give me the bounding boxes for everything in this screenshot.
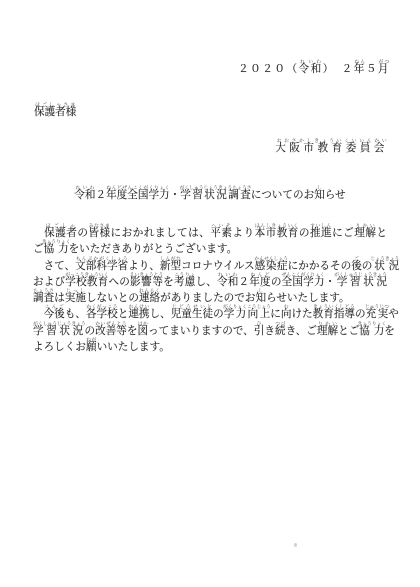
scanned-letter-page: ２０２０（令和れいわ） ２年ねん５月がつ 保護者様ほごしゃさま 大阪市教育委員会…	[0, 0, 420, 587]
addressee: 保護者様ほごしゃさま	[34, 103, 76, 121]
letter-body: 保護者ほごしゃの皆様みなさまにおかれましては、平素へいそより本市教育ほんしきょう…	[33, 224, 387, 354]
sender-name: 大阪市教育委員会おおさかしきょういくいいんかい	[275, 139, 388, 157]
date-line: ２０２０（令和れいわ） ２年ねん５月がつ	[238, 60, 390, 78]
body-line: 今後こんごも、各学校かくがっこうと連携れんけいし、児童生徒じどうせいとの学力向上…	[33, 305, 387, 321]
body-line: および学校教育がっこうきょういくへの影響等えいきょうとうを考慮こうりょし、令和れ…	[33, 273, 387, 289]
body-line: さて、文部科学省もんぶかがくしょうより、新型しんがたコロナウイルス感染症かんせん…	[33, 257, 387, 273]
scan-speck	[74, 192, 76, 194]
body-line: ご協力きょうりょくをいただきありがとうございます。	[33, 240, 387, 256]
body-line: よろしくお願ねがいいたします。	[33, 338, 387, 354]
body-line: 保護者ほごしゃの皆様みなさまにおかれましては、平素へいそより本市教育ほんしきょう…	[33, 224, 387, 240]
scan-speck	[294, 543, 297, 547]
body-line: 調査ちょうさは実施じっししないとの連絡れんらくがありましたのでお知しらせいたしま…	[33, 289, 387, 305]
letter-title: 令和れいわ２年度全国学力ねんどぜんこくがくりょく・学習状況調査がくしゅうじょうき…	[0, 186, 420, 204]
body-line: 学習状況がくしゅうじょうきょうの改善等かいぜんとうを図はかってまいりますので、引…	[33, 322, 387, 338]
